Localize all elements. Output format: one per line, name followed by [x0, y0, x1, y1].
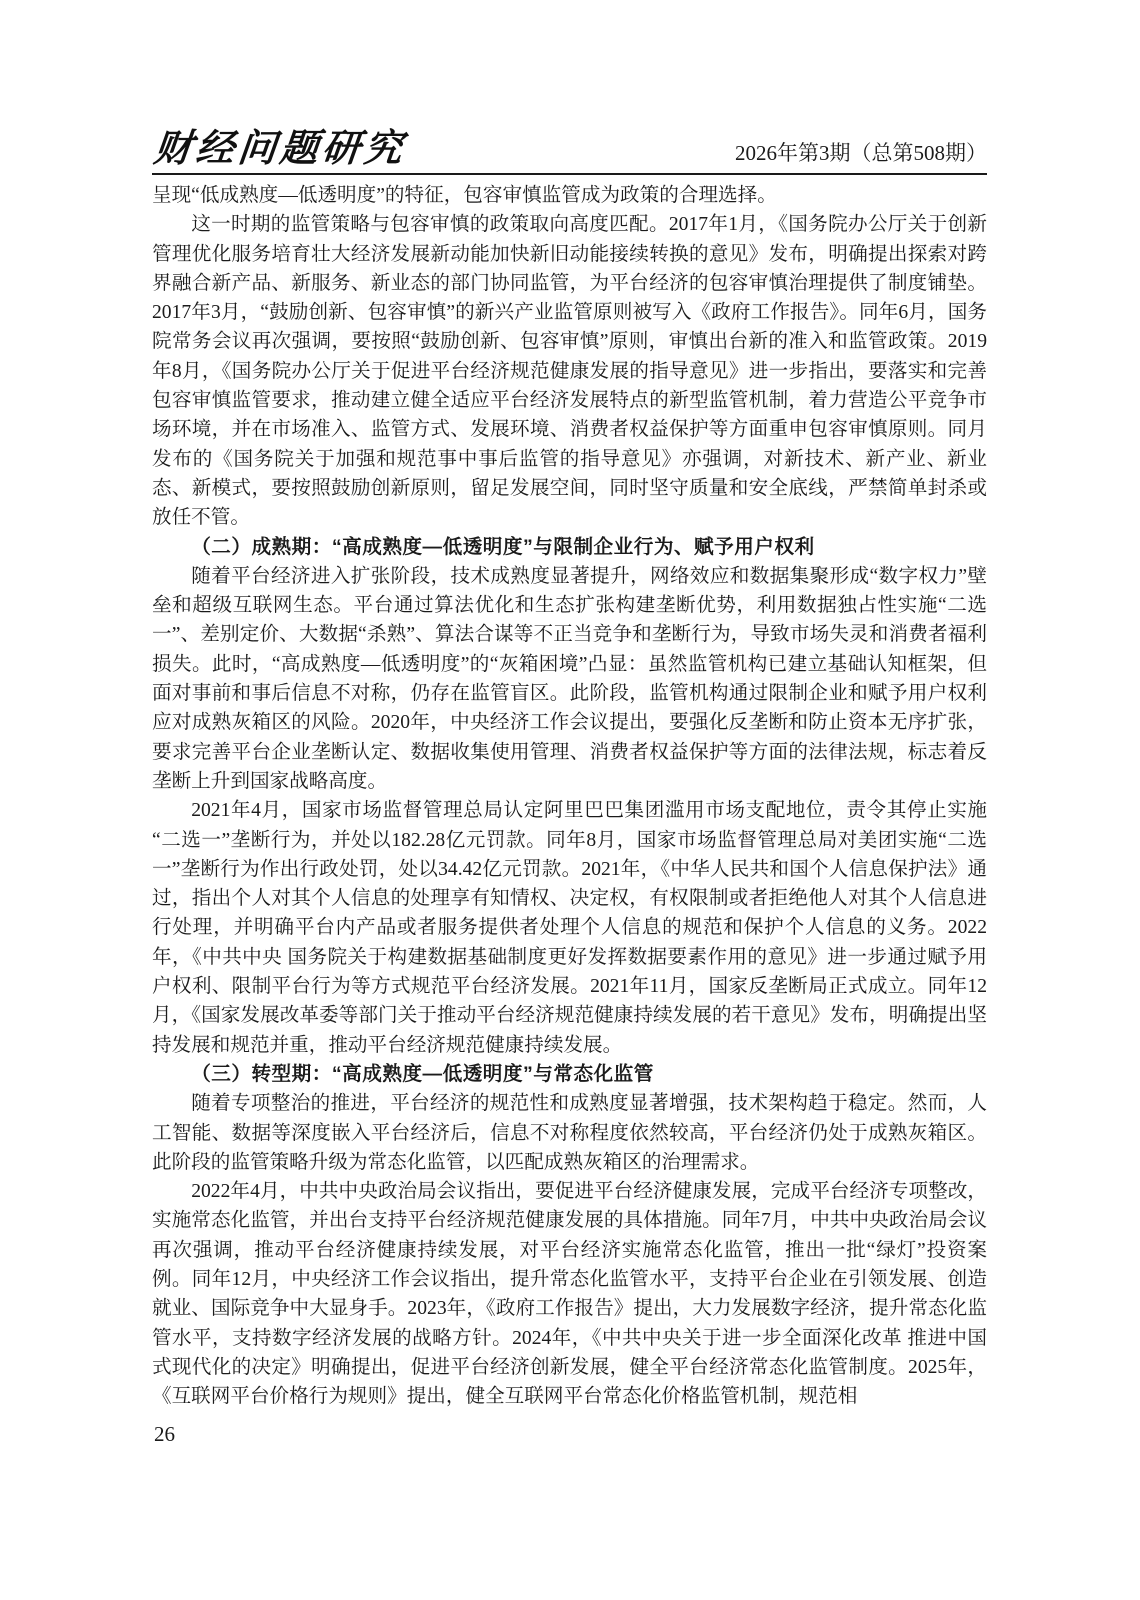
- section-heading-3: （三）转型期：“高成熟度—低透明度”与常态化监管: [152, 1060, 987, 1089]
- body-paragraph: 随着平台经济进入扩张阶段，技术成熟度显著提升，网络效应和数据集聚形成“数字权力”…: [152, 562, 987, 796]
- section-heading-2: （二）成熟期：“高成熟度—低透明度”与限制企业行为、赋予用户权利: [152, 533, 987, 562]
- body-paragraph: 随着专项整治的推进，平台经济的规范性和成熟度显著增强，技术架构趋于稳定。然而，人…: [152, 1089, 987, 1177]
- body-paragraph-continuation: 呈现“低成熟度—低透明度”的特征，包容审慎监管成为政策的合理选择。: [152, 181, 987, 210]
- page-number: 26: [154, 1422, 175, 1447]
- body-paragraph: 2021年4月，国家市场监督管理总局认定阿里巴巴集团滥用市场支配地位，责令其停止…: [152, 796, 987, 1060]
- body-paragraph: 2022年4月，中共中央政治局会议指出，要促进平台经济健康发展，完成平台经济专项…: [152, 1177, 987, 1411]
- body-paragraph: 这一时期的监管策略与包容审慎的政策取向高度匹配。2017年1月，《国务院办公厅关…: [152, 210, 987, 532]
- page-content-area: 财经问题研究 2026年第3期（总第508期） 呈现“低成熟度—低透明度”的特征…: [152, 128, 987, 1411]
- article-body: 呈现“低成熟度—低透明度”的特征，包容审慎监管成为政策的合理选择。 这一时期的监…: [152, 181, 987, 1411]
- journal-page: 财经问题研究 2026年第3期（总第508期） 呈现“低成熟度—低透明度”的特征…: [0, 0, 1140, 1600]
- journal-header: 财经问题研究 2026年第3期（总第508期）: [152, 128, 987, 175]
- journal-logo: 财经问题研究: [152, 128, 408, 168]
- issue-info: 2026年第3期（总第508期）: [735, 140, 987, 168]
